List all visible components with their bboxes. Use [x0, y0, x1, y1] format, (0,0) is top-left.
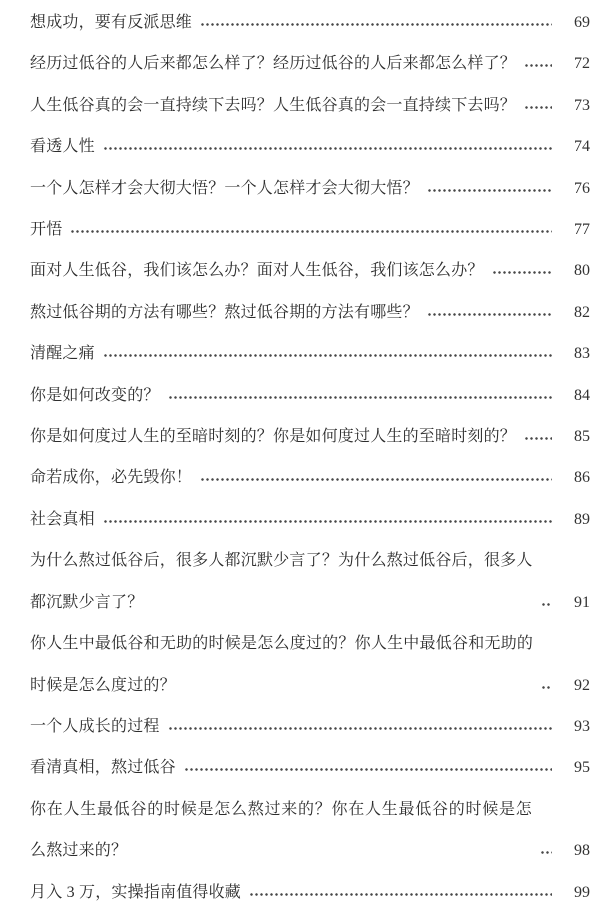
dot-leader	[427, 312, 552, 317]
dot-leader	[524, 105, 552, 110]
toc-entry-title: 人生低谷真的会一直持续下去吗？人生低谷真的会一直持续下去吗？	[30, 85, 516, 126]
dot-leader	[168, 726, 552, 731]
toc-entry[interactable]: 经历过低谷的人后来都怎么样了？经历过低谷的人后来都怎么样了？ 72	[30, 43, 590, 84]
toc-entry-page-number: 85	[564, 416, 590, 457]
toc-entry[interactable]: 面对人生低谷，我们该怎么办？面对人生低谷，我们该怎么办？ 80	[30, 250, 590, 291]
toc-entry[interactable]: 看清真相，熬过低谷 95	[30, 747, 590, 788]
toc-entry[interactable]: 为什么熬过低谷后，很多人都沉默少言了？为什么熬过低谷后，很多人都沉默少言了？ 9…	[30, 540, 590, 623]
toc-entry[interactable]: 一个人成长的过程 93	[30, 706, 590, 747]
toc-entry-page-number: 77	[564, 209, 590, 250]
toc-entry-title: 一个人成长的过程	[30, 706, 160, 747]
toc-entry[interactable]: 社会真相 89	[30, 499, 590, 540]
toc-entry-title: 经历过低谷的人后来都怎么样了？经历过低谷的人后来都怎么样了？	[30, 43, 516, 84]
dot-leader	[200, 22, 552, 27]
dot-leader	[427, 188, 552, 193]
toc-entry-page-number: 93	[564, 706, 590, 747]
toc-entry[interactable]: 熬过低谷期的方法有哪些？熬过低谷期的方法有哪些？ 82	[30, 292, 590, 333]
toc-entry[interactable]: 你是如何度过人生的至暗时刻的？你是如何度过人生的至暗时刻的？ 85	[30, 416, 590, 457]
toc-entry[interactable]: 命若成你，必先毁你！ 86	[30, 457, 590, 498]
toc-entry-page-number: 72	[564, 43, 590, 84]
toc-entry[interactable]: 月入 3 万，实操指南值得收藏 99	[30, 872, 590, 913]
toc-entry-page-number: 69	[564, 2, 590, 43]
toc-entry-title: 你是如何度过人生的至暗时刻的？你是如何度过人生的至暗时刻的？	[30, 416, 516, 457]
dot-leader	[103, 519, 552, 524]
dot-leader	[541, 685, 552, 690]
toc-entry[interactable]: 想成功，要有反派思维 69	[30, 2, 590, 43]
dot-leader	[524, 436, 552, 441]
dot-leader	[103, 146, 552, 151]
toc-entry-title: 想成功，要有反派思维	[30, 2, 192, 43]
dot-leader	[168, 395, 552, 400]
toc-entry-page-number: 91	[564, 582, 590, 623]
toc-entry-title: 熬过低谷期的方法有哪些？熬过低谷期的方法有哪些？	[30, 292, 419, 333]
toc-entry-page-number: 95	[564, 747, 590, 788]
dot-leader	[541, 602, 552, 607]
toc-entry-title: 看透人性	[30, 126, 95, 167]
toc-entry-title: 命若成你，必先毁你！	[30, 457, 192, 498]
toc-entry[interactable]: 你人生中最低谷和无助的时候是怎么度过的？你人生中最低谷和无助的时候是怎么度过的？…	[30, 623, 590, 706]
toc-entry-title: 为什么熬过低谷后，很多人都沉默少言了？为什么熬过低谷后，很多人都沉默少言了？	[30, 540, 533, 623]
toc-entry-page-number: 84	[564, 375, 590, 416]
toc-entry[interactable]: 开悟 77	[30, 209, 590, 250]
document-page: 想成功，要有反派思维 69 经历过低谷的人后来都怎么样了？经历过低谷的人后来都怎…	[0, 0, 615, 921]
toc-entry-title: 你在人生最低谷的时候是怎么熬过来的？你在人生最低谷的时候是怎么熬过来的？	[30, 789, 532, 872]
toc-entry-page-number: 80	[564, 250, 590, 291]
toc-entry[interactable]: 清醒之痛 83	[30, 333, 590, 374]
toc-entry-page-number: 92	[564, 665, 590, 706]
dot-leader	[70, 229, 552, 234]
dot-leader	[524, 63, 552, 68]
toc-entry[interactable]: 一个人怎样才会大彻大悟？一个人怎样才会大彻大悟？ 76	[30, 168, 590, 209]
toc-entry-title: 社会真相	[30, 499, 95, 540]
toc-list: 想成功，要有反派思维 69 经历过低谷的人后来都怎么样了？经历过低谷的人后来都怎…	[30, 2, 590, 913]
toc-entry-page-number: 89	[564, 499, 590, 540]
dot-leader	[540, 850, 552, 855]
toc-entry-title: 清醒之痛	[30, 333, 95, 374]
toc-entry[interactable]: 人生低谷真的会一直持续下去吗？人生低谷真的会一直持续下去吗？ 73	[30, 85, 590, 126]
toc-entry[interactable]: 看透人性 74	[30, 126, 590, 167]
toc-entry-page-number: 73	[564, 85, 590, 126]
dot-leader	[492, 270, 552, 275]
toc-entry-page-number: 76	[564, 168, 590, 209]
dot-leader	[103, 353, 552, 358]
toc-entry-page-number: 86	[564, 457, 590, 498]
dot-leader	[184, 767, 552, 772]
toc-entry-title: 一个人怎样才会大彻大悟？一个人怎样才会大彻大悟？	[30, 168, 419, 209]
toc-entry-title: 看清真相，熬过低谷	[30, 747, 176, 788]
toc-entry[interactable]: 你是如何改变的？ 84	[30, 375, 590, 416]
toc-entry-title: 你人生中最低谷和无助的时候是怎么度过的？你人生中最低谷和无助的时候是怎么度过的？	[30, 623, 533, 706]
toc-entry-title: 你是如何改变的？	[30, 375, 160, 416]
toc-entry-title: 开悟	[30, 209, 62, 250]
toc-entry-page-number: 83	[564, 333, 590, 374]
toc-entry-page-number: 82	[564, 292, 590, 333]
dot-leader	[200, 477, 552, 482]
toc-entry-title: 月入 3 万，实操指南值得收藏	[30, 872, 241, 913]
dot-leader	[249, 892, 552, 897]
toc-entry-page-number: 74	[564, 126, 590, 167]
toc-entry-page-number: 99	[564, 872, 590, 913]
toc-entry[interactable]: 你在人生最低谷的时候是怎么熬过来的？你在人生最低谷的时候是怎么熬过来的？ 98	[30, 789, 590, 872]
toc-entry-title: 面对人生低谷，我们该怎么办？面对人生低谷，我们该怎么办？	[30, 250, 484, 291]
toc-entry-page-number: 98	[564, 830, 590, 871]
